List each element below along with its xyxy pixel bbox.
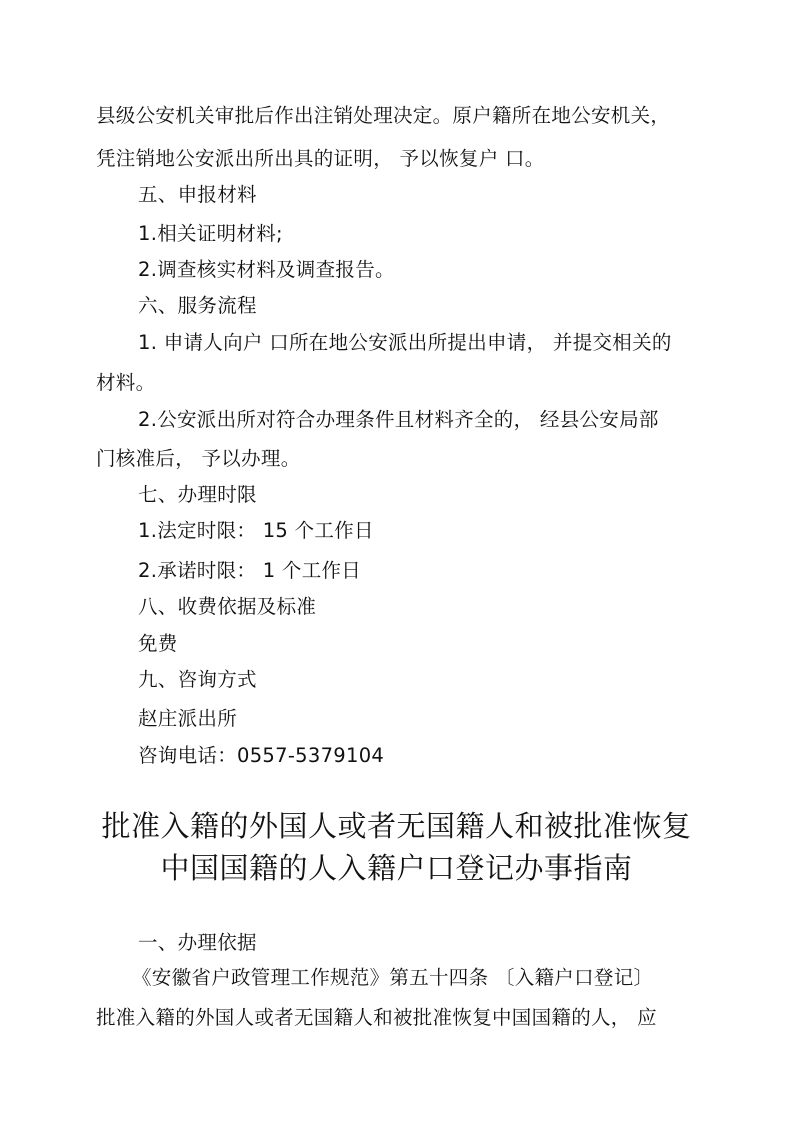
- process-item-1-line-2: 材料。: [96, 371, 155, 395]
- materials-item-1: 1.相关证明材料;: [138, 222, 283, 246]
- process-item-2-line-2: 门核准后， 予以办理。: [96, 447, 301, 471]
- time-limit-statutory: 1.法定时限： 15 个工作日: [138, 519, 374, 543]
- contact-office: 赵庄派出所: [138, 707, 237, 731]
- section-heading-materials: 五、申报材料: [138, 183, 257, 207]
- process-item-2-line-1: 2.公安派出所对符合办理条件且材料齐全的， 经县公安局部: [138, 408, 659, 432]
- continuation-line-1: 县级公安机关审批后作出注销处理决定。原户籍所在地公安机关，: [96, 104, 670, 128]
- guide-title-line-1: 批准入籍的外国人或者无国籍人和被批准恢复: [0, 808, 793, 844]
- contact-phone: 咨询电话：0557-5379104: [138, 744, 384, 768]
- time-limit-promised: 2.承诺时限： 1 个工作日: [138, 559, 361, 583]
- materials-item-2: 2.调查核实材料及调查报告。: [138, 258, 395, 282]
- fee-value: 免费: [138, 632, 178, 656]
- guide-title-line-2: 中国国籍的人入籍户口登记办事指南: [0, 850, 793, 886]
- section-heading-time-limit: 七、办理时限: [138, 483, 257, 507]
- section-heading-fees: 八、收费依据及标准: [138, 595, 316, 619]
- process-item-1-line-1: 1. 申请人向户 口所在地公安派出所提出申请， 并提交相关的: [138, 331, 672, 355]
- guide-basis-line-1: 《安徽省户政管理工作规范》第五十四条 〔入籍户口登记〕: [132, 966, 653, 990]
- section-heading-process: 六、服务流程: [138, 294, 257, 318]
- section-heading-contact: 九、咨询方式: [138, 668, 257, 692]
- guide-basis-line-2: 批准入籍的外国人或者无国籍人和被批准恢复中国国籍的人， 应: [96, 1006, 657, 1030]
- continuation-line-2: 凭注销地公安派出所出具的证明， 予以恢复户 口。: [96, 147, 545, 171]
- guide-section-heading-basis: 一、办理依据: [138, 931, 257, 955]
